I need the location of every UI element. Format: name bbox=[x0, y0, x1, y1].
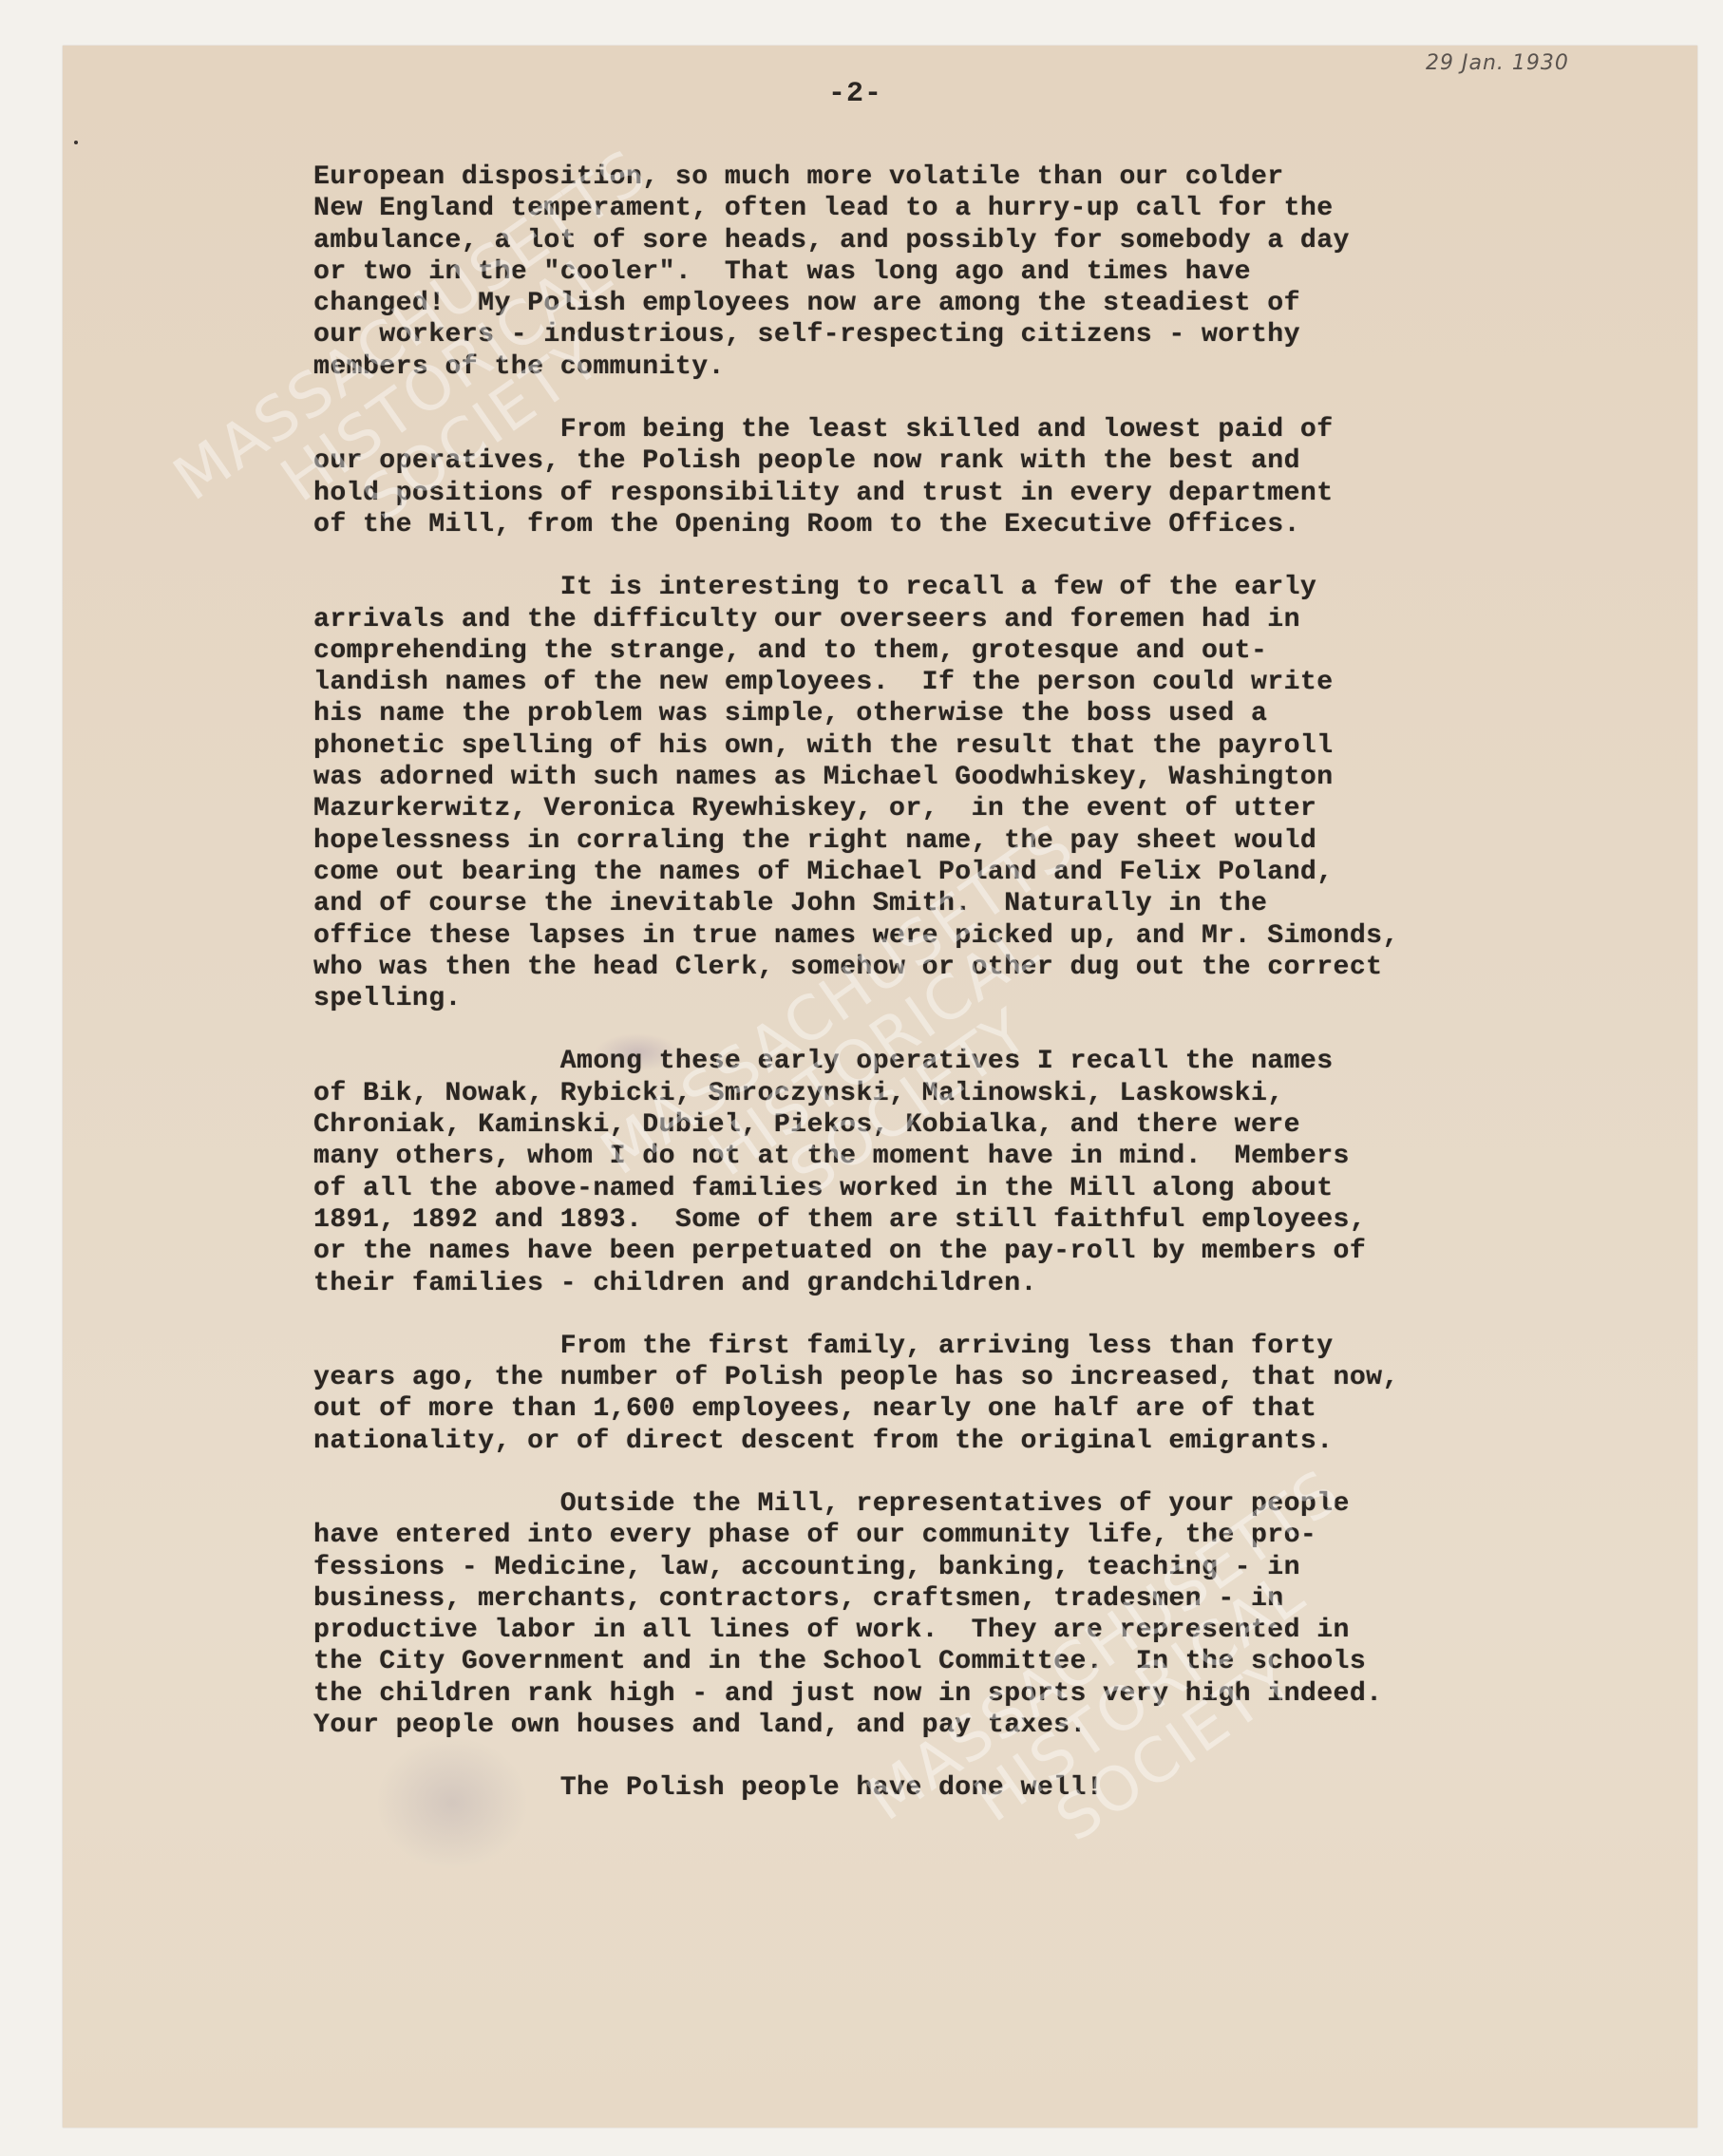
page-number: -2- bbox=[828, 78, 882, 110]
letter-body: European disposition, so much more volat… bbox=[313, 161, 1662, 1836]
paragraph-3: It is interesting to recall a few of the… bbox=[313, 572, 1662, 1014]
paragraph-6: Outside the Mill, representatives of you… bbox=[313, 1488, 1662, 1741]
paragraph-1: European disposition, so much more volat… bbox=[313, 161, 1662, 383]
paper-speck bbox=[74, 141, 78, 144]
paragraph-7-closing: The Polish people have done well! bbox=[313, 1772, 1662, 1804]
paragraph-2: From being the least skilled and lowest … bbox=[313, 414, 1662, 540]
paragraph-5: From the first family, arriving less tha… bbox=[313, 1331, 1662, 1457]
paragraph-4: Among these early operatives I recall th… bbox=[313, 1046, 1662, 1298]
document-page: 29 Jan. 1930 -2- European disposition, s… bbox=[63, 46, 1697, 2128]
handwritten-date: 29 Jan. 1930 bbox=[1426, 51, 1569, 75]
